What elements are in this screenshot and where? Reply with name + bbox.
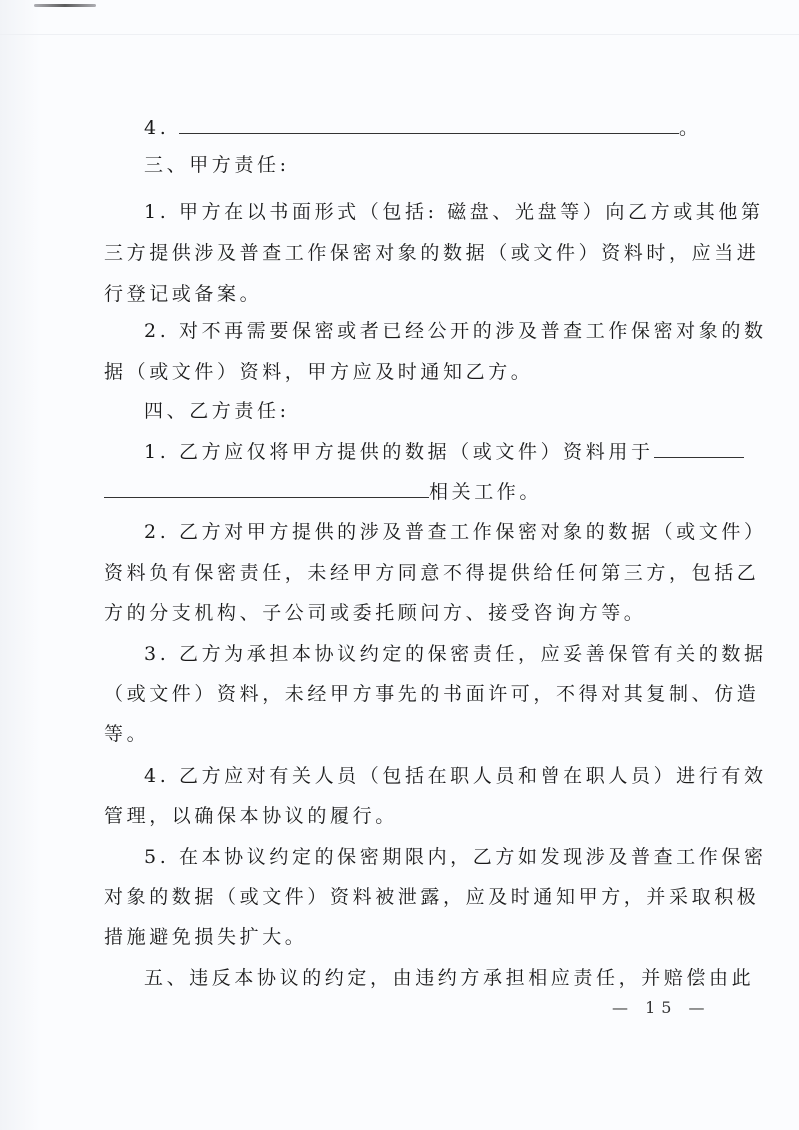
s4-item1-line2: 相关工作。: [104, 480, 696, 504]
s4-item3-line2: （或文件）资料，未经甲方事先的书面许可，不得对其复制、仿造: [104, 682, 696, 706]
item-4-number: 4.: [144, 117, 169, 139]
s4-item5-line1: 5. 在本协议约定的保密期限内，乙方如发现涉及普查工作保密: [144, 845, 736, 869]
s4-item3-line3: 等。: [104, 722, 696, 746]
s3-item1-line3: 行登记或备案。: [104, 282, 696, 306]
section-4-heading: 四、乙方责任:: [144, 399, 736, 423]
scan-shadow: [0, 0, 40, 1130]
scan-edge-line: [0, 34, 799, 35]
fill-in-blank-purpose-cont[interactable]: [104, 483, 429, 498]
s3-item1-line2: 三方提供涉及普查工作保密对象的数据（或文件）资料时，应当进: [104, 241, 696, 265]
s4-item1-suffix: 相关工作。: [429, 481, 542, 503]
item-4-blank-line: 4. 。: [144, 116, 736, 140]
item-4-period: 。: [679, 117, 702, 139]
scan-artifact-mark: [34, 4, 96, 7]
s4-item4-line2: 管理，以确保本协议的履行。: [104, 804, 696, 828]
section-3-heading: 三、甲方责任:: [144, 153, 736, 177]
fill-in-blank[interactable]: [179, 119, 679, 134]
s4-item5-line2: 对象的数据（或文件）资料被泄露，应及时通知甲方，并采取积极: [104, 885, 696, 909]
fill-in-blank-purpose[interactable]: [654, 443, 744, 458]
s4-item1-text: 1. 乙方应仅将甲方提供的数据（或文件）资料用于: [144, 441, 654, 463]
s3-item2-line1: 2. 对不再需要保密或者已经公开的涉及普查工作保密对象的数: [144, 319, 736, 343]
s4-item5-line3: 措施避免损失扩大。: [104, 925, 696, 949]
s4-item4-line1: 4. 乙方应对有关人员（包括在职人员和曾在职人员）进行有效: [144, 764, 736, 788]
s4-item1-line1: 1. 乙方应仅将甲方提供的数据（或文件）资料用于: [144, 440, 736, 464]
s4-item2-line3: 方的分支机构、子公司或委托顾问方、接受咨询方等。: [104, 601, 696, 625]
section-5-line1: 五、违反本协议的约定，由违约方承担相应责任，并赔偿由此: [144, 966, 736, 990]
page-number: — 15 —: [612, 998, 711, 1017]
s4-item3-line1: 3. 乙方为承担本协议约定的保密责任，应妥善保管有关的数据: [144, 642, 736, 666]
s4-item2-line1: 2. 乙方对甲方提供的涉及普查工作保密对象的数据（或文件）: [144, 520, 736, 544]
s3-item1-line1: 1. 甲方在以书面形式（包括: 磁盘、光盘等）向乙方或其他第: [144, 200, 736, 224]
s4-item2-line2: 资料负有保密责任，未经甲方同意不得提供给任何第三方，包括乙: [104, 561, 696, 585]
s3-item2-line2: 据（或文件）资料，甲方应及时通知乙方。: [104, 360, 696, 384]
